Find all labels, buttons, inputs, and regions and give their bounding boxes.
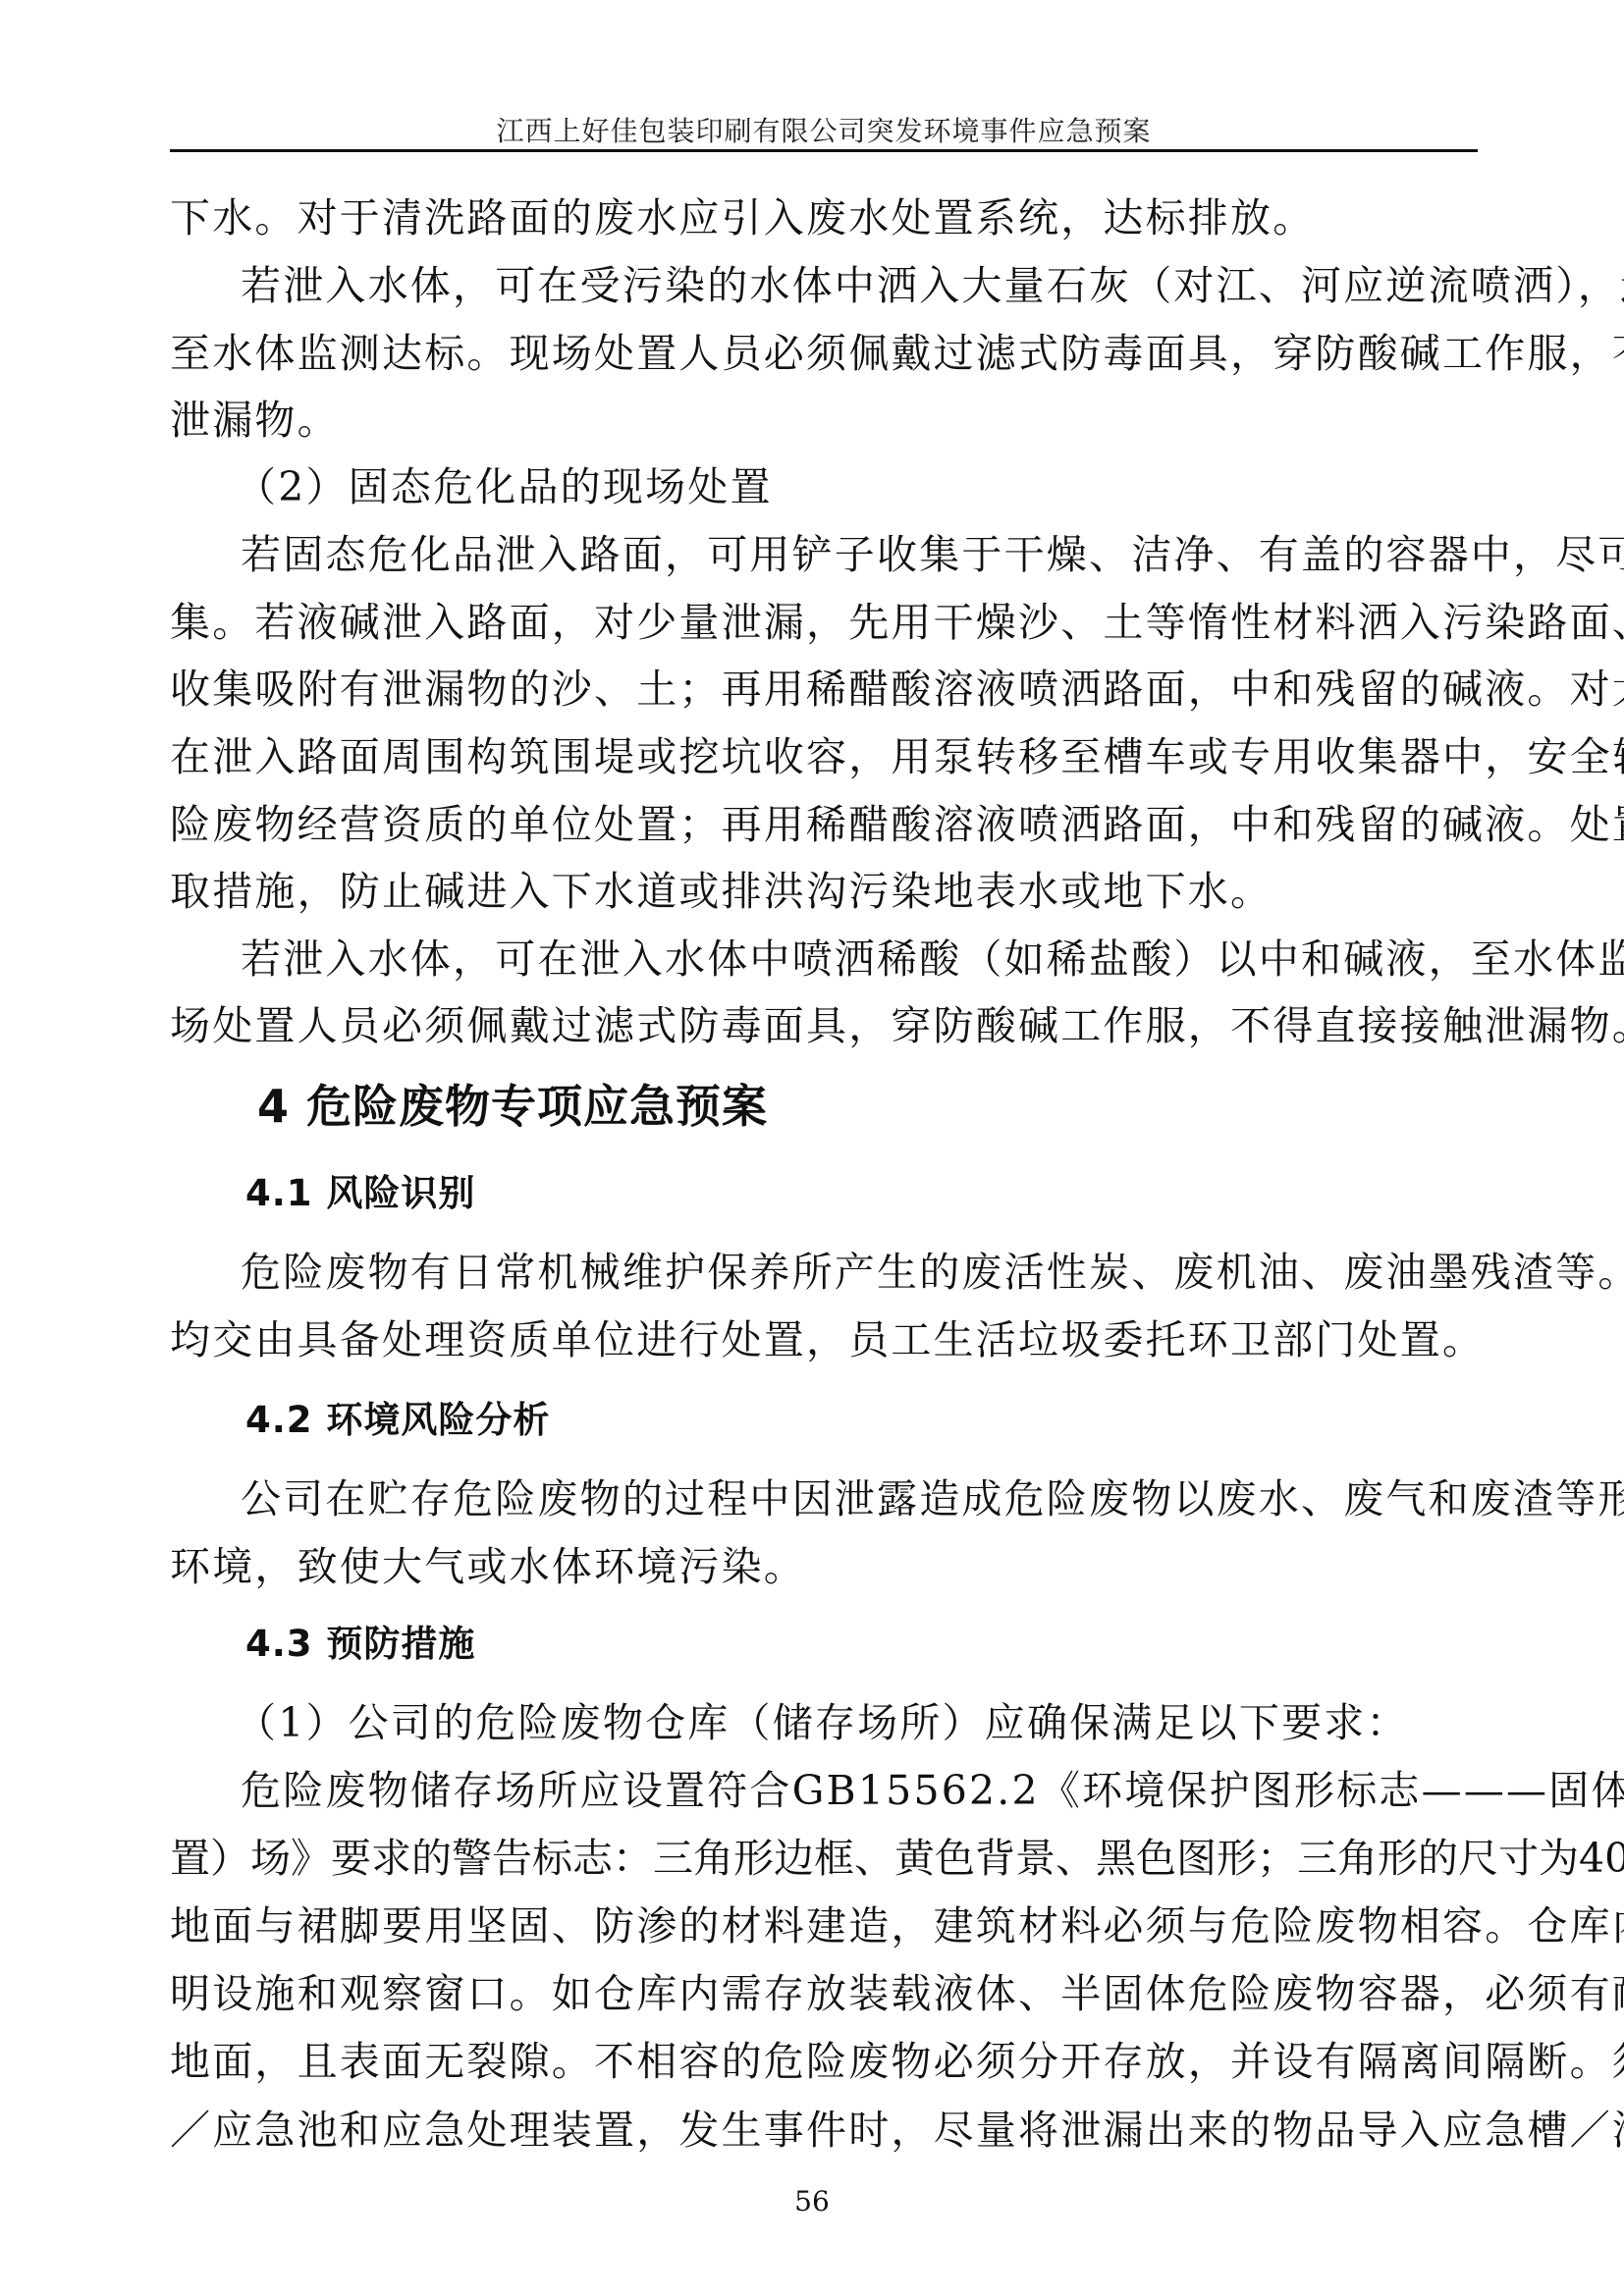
section-heading-4-3: 4.3 预防措施 <box>245 1621 475 1668</box>
body-line: 至水体监测达标。现场处置人员必须佩戴过滤式防毒面具，穿防酸碱工作服，不得直接接触 <box>170 330 1486 377</box>
body-line: 险废物经营资质的单位处置；再用稀醋酸溶液喷洒路面，中和残留的碱液。处置过程中应采 <box>170 801 1486 848</box>
body-line: 若泄入水体，可在泄入水体中喷洒稀酸（如稀盐酸）以中和碱液，至水体监测达标。现 <box>241 935 1556 983</box>
body-line: 集。若液碱泄入路面，对少量泄漏，先用干燥沙、土等惰性材料洒入污染路面、吸附泄漏物… <box>170 599 1486 646</box>
body-line: ／应急池和应急处理装置，发生事件时，尽量将泄漏出来的物品导入应急槽／池，将污染物 <box>170 2107 1486 2154</box>
page-number: 56 <box>0 2185 1624 2217</box>
body-line: 取措施，防止碱进入下水道或排洪沟污染地表水或地下水。 <box>170 868 1486 915</box>
body-line: 泄漏物。 <box>170 397 1486 444</box>
body-line: 置）场》要求的警告标志：三角形边框、黄色背景、黑色图形；三角形的尺寸为40cmX… <box>170 1835 1486 1882</box>
body-line: 危险废物有日常机械维护保养所产生的废活性炭、废机油、废油墨残渣等。所有危废 <box>241 1249 1556 1296</box>
body-line: 收集吸附有泄漏物的沙、土；再用稀醋酸溶液喷洒路面，中和残留的碱液。对大量泄漏，可 <box>170 666 1486 713</box>
body-line: 若固态危化品泄入路面，可用铲子收集于干燥、洁净、有盖的容器中，尽可能地全部收 <box>241 531 1556 578</box>
body-line: （1）公司的危险废物仓库（储存场所）应确保满足以下要求： <box>236 1699 1551 1746</box>
body-line: 地面，且表面无裂隙。不相容的危险废物必须分开存放，并设有隔离间隔断。须设置应急槽 <box>170 2038 1486 2085</box>
section-heading-4-1: 4.1 风险识别 <box>245 1170 475 1217</box>
body-line: 公司在贮存危险废物的过程中因泄露造成危险废物以废水、废气和废渣等形式排放进入 <box>241 1475 1556 1522</box>
body-line: 若泄入水体，可在受污染的水体中洒入大量石灰（对江、河应逆流喷洒），进行中和， <box>241 262 1556 309</box>
section-heading-4-2: 4.2 环境风险分析 <box>245 1397 550 1444</box>
body-line: 下水。对于清洗路面的废水应引入废水处置系统，达标排放。 <box>170 194 1486 241</box>
body-line: 危险废物储存场所应设置符合GB15562.2《环境保护图形标志———固体废物储存… <box>241 1767 1556 1814</box>
subheading-solid-chemicals: （2）固态危化品的现场处置 <box>236 463 1551 510</box>
body-line: 在泄入路面周围构筑围堤或挖坑收容，用泵转移至槽车或专用收集器中，安全转移至具有危 <box>170 733 1486 780</box>
section-heading-4: 4 危险废物专项应急预案 <box>257 1079 768 1134</box>
body-line: 环境，致使大气或水体环境污染。 <box>170 1543 1486 1590</box>
header-rule <box>170 149 1478 152</box>
page-header-title: 江西上好佳包装印刷有限公司突发环境事件应急预案 <box>170 110 1478 149</box>
body-line: 地面与裙脚要用坚固、防渗的材料建造，建筑材料必须与危险废物相容。仓库内要有安全照 <box>170 1902 1486 1949</box>
body-line: 明设施和观察窗口。如仓库内需存放装载液体、半固体危险废物容器，必须有耐腐蚀的硬化 <box>170 1970 1486 2017</box>
body-line: 均交由具备处理资质单位进行处置，员工生活垃圾委托环卫部门处置。 <box>170 1316 1486 1363</box>
body-line: 场处置人员必须佩戴过滤式防毒面具，穿防酸碱工作服，不得直接接触泄漏物。 <box>170 1002 1486 1049</box>
